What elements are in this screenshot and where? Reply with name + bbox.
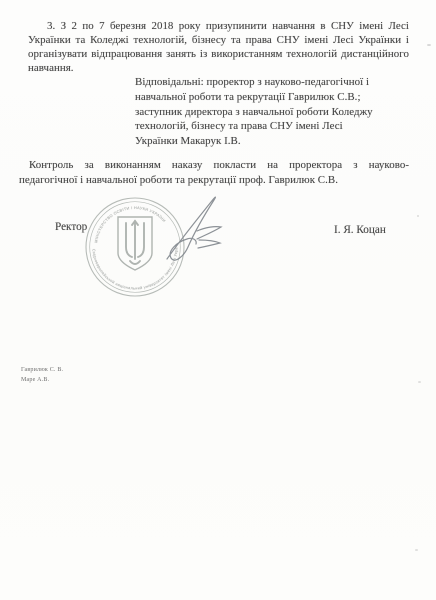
trident-emblem-icon [118,217,152,270]
control-line: Контроль за виконанням наказу покласти н… [19,158,409,173]
responsible-line: навчальної роботи та рекрутації Гаврилюк… [135,90,400,105]
control-paragraph: Контроль за виконанням наказу покласти н… [19,158,409,188]
rector-label: Ректор [55,221,87,233]
responsible-line: Українки Макарук І.В. [135,134,400,149]
scan-speck [418,381,421,383]
executor-name-line: Гаврилюк С. В. [21,365,63,375]
scan-speck [417,215,419,217]
order-item-3: 3. З 2 по 7 березня 2018 року призупинит… [28,20,409,76]
responsible-line: Відповідальні: проректор з науково-педаг… [135,75,400,90]
order-item-3-line: навчання. [28,62,409,76]
responsible-line: заступник директора з навчальної роботи … [135,105,400,120]
responsible-line: технологій, бізнесу та права СНУ імені Л… [135,119,400,134]
executor-name-line: Маре А.В. [21,375,63,385]
scanned-order-page: 3. З 2 по 7 березня 2018 року призупинит… [0,0,436,600]
scan-speck [415,549,418,551]
order-item-3-line: Українки та Коледжі технологій, бізнесу … [28,34,409,48]
scan-speck [427,44,431,46]
executor-note: Гаврилюк С. В. Маре А.В. [21,365,63,385]
order-item-3-line: організувати відпрацювання занять із вик… [28,48,409,62]
university-seal-icon: МІНІСТЕРСТВО ОСВІТИ І НАУКИ УКРАЇНИ Схід… [84,196,186,298]
control-line: педагогічної і навчальної роботи та рекр… [19,173,409,188]
rector-name: І. Я. Коцан [334,224,386,236]
responsible-block: Відповідальні: проректор з науково-педаг… [135,75,400,149]
order-item-3-line: 3. З 2 по 7 березня 2018 року призупинит… [28,20,409,34]
seal-ring-text-top: МІНІСТЕРСТВО ОСВІТИ І НАУКИ УКРАЇНИ [94,206,166,243]
